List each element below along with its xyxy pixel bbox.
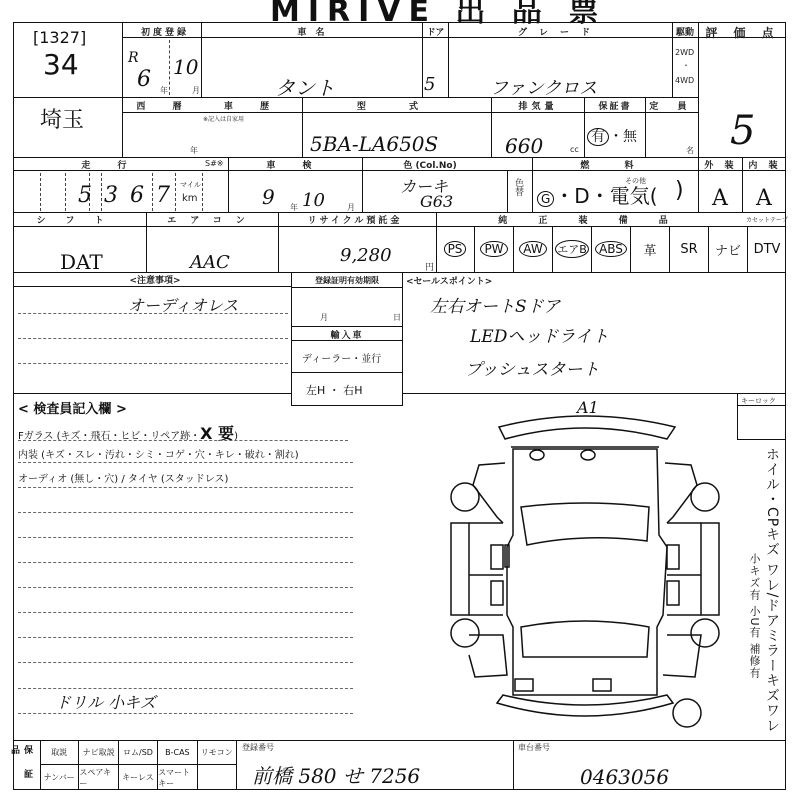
label-recycle: リサイクル預託金 — [280, 213, 430, 226]
interior-grade: A — [756, 186, 772, 211]
km-unit: km — [182, 193, 198, 204]
sales-line-3: プッシュスタート — [465, 355, 599, 380]
legend-col-2: 小キズ有 小U有 補修有 — [746, 553, 762, 679]
year-unit: 年 — [160, 85, 168, 96]
inspection-month: 10 — [302, 190, 325, 211]
label-color: 色 (Col.No) — [365, 158, 495, 171]
label-equipment: 純 正 装 備 品 — [440, 213, 740, 226]
label-score: 評 価 点 — [700, 24, 785, 41]
location: 埼玉 — [40, 103, 84, 134]
color-change-label: 色替 — [512, 178, 525, 196]
acc-manual[interactable]: 取説 — [40, 740, 79, 765]
equip-ps[interactable]: PS — [436, 226, 475, 272]
label-aircon: エアコン — [148, 213, 278, 226]
acc-bcas[interactable]: B-CAS — [158, 740, 197, 765]
label-reg-expiry: 登録証明有効期限 — [292, 275, 402, 286]
fuel-options: ・D・電気( — [554, 184, 657, 208]
label-drive: 駆動 — [673, 25, 697, 38]
label-chassis-number: 車台番号 — [518, 742, 550, 753]
dealer-parallel[interactable]: ディーラー・並行 — [302, 350, 381, 365]
month-unit: 月 — [192, 85, 200, 96]
label-mileage: 走 行 — [20, 158, 200, 171]
label-reg-number: 登録番号 — [242, 742, 274, 753]
drive-4wd: 4WD — [675, 76, 694, 85]
inspector-note: ドリル 小キズ — [55, 690, 156, 713]
fuel-close: ) — [675, 178, 684, 203]
recycle-value: 9,280 — [340, 245, 392, 266]
warranty-yes: 有 — [587, 128, 609, 146]
label-inspection: 車 検 — [230, 158, 360, 171]
equipment-grid: PS PW AW エアB ABS 革 SR ナビ DTV — [436, 226, 786, 272]
shift-value: DAT — [60, 250, 103, 274]
lot-number: 34 — [43, 48, 79, 81]
mileage-value: 5367 — [78, 183, 182, 208]
label-notes: <注意事項> — [20, 273, 290, 286]
doors-value: 5 — [424, 74, 435, 95]
acc-navi-manual[interactable]: ナビ取説 — [79, 740, 118, 765]
drive-2wd: 2WD — [675, 48, 694, 57]
fuel-gasoline: G — [537, 191, 554, 207]
drive-dot: ・ — [682, 60, 690, 71]
person-unit: 名 — [686, 145, 694, 156]
handle-side[interactable]: 左H ・ 右H — [306, 382, 363, 398]
label-interior: 内 装 — [744, 158, 786, 171]
inspection-year: 9 — [262, 185, 275, 209]
notes-line-1: オーディオレス — [128, 293, 238, 316]
chassis-number-value: 0463056 — [580, 765, 669, 789]
equip-pw[interactable]: PW — [475, 226, 514, 272]
car-damage-diagram[interactable] — [440, 395, 730, 735]
acc-smart-key[interactable]: スマートキー — [158, 765, 197, 790]
acc-remote[interactable]: リモコン — [198, 740, 237, 765]
label-shift: シフト — [15, 213, 145, 226]
label-capacity: 定 員 — [646, 99, 698, 112]
label-warranty: 保証書 — [585, 99, 645, 112]
reg-expiry-month: 月 — [320, 312, 328, 323]
equip-abs[interactable]: ABS — [592, 226, 631, 272]
reg-expiry-day: 日 — [393, 312, 401, 323]
first-reg-year: 6 — [137, 67, 151, 92]
warranty-sep: ・ — [609, 129, 623, 145]
first-reg-era: R — [128, 50, 139, 66]
odometer-flag: S#※ — [205, 159, 223, 168]
accessories-grid: 取説 ナビ取説 ロム/SD B-CAS リモコン ナンバー スペアキー キーレス… — [40, 740, 237, 790]
label-doors: ドア — [423, 25, 448, 38]
sales-line-1: 左右オートSドア — [430, 292, 560, 317]
label-sales-points: <セールスポイント> — [406, 274, 492, 287]
model-value: 5BA-LA650S — [310, 132, 438, 156]
exterior-grade: A — [712, 186, 728, 211]
label-grade: グレード — [450, 25, 670, 38]
acc-number-plate[interactable]: ナンバー — [40, 765, 79, 790]
first-reg-month: 10 — [173, 55, 198, 79]
label-first-reg: 初度登録 — [130, 25, 200, 38]
legend-col-1: ホイル・CPキズ ワレ/ドアミラーキズワレ — [762, 447, 782, 733]
label-western: 西 暦 — [130, 99, 200, 112]
audio-tire-line: オーディオ (無し・穴) / タイヤ (スタッドレス) — [18, 470, 228, 485]
lot-ref: [1327] — [33, 28, 86, 47]
warranty-no: 無 — [623, 129, 637, 145]
acc-empty — [198, 765, 237, 790]
label-history: 車 歴 — [205, 99, 300, 112]
acc-rom-sd[interactable]: ロム/SD — [119, 740, 158, 765]
score-value: 5 — [730, 108, 755, 154]
cc-unit: cc — [570, 145, 579, 154]
western-year-unit: 年 — [190, 145, 198, 156]
label-car-name: 車 名 — [205, 25, 420, 38]
color-code: G63 — [420, 192, 453, 211]
label-model: 型 式 — [305, 99, 490, 112]
label-exterior: 外 装 — [700, 158, 742, 171]
label-accessories: 保 証 品 — [18, 745, 34, 800]
equip-airbag[interactable]: エアB — [553, 226, 592, 272]
aircon-value: AAC — [190, 252, 230, 273]
acc-spare-key[interactable]: スペアキー — [79, 765, 118, 790]
equip-navi[interactable]: ナビ — [709, 226, 748, 272]
reg-number-value: 前橋 580 せ 7256 — [252, 760, 420, 789]
label-fuel: 燃 料 — [535, 158, 695, 171]
equip-dtv[interactable]: DTV — [748, 226, 786, 272]
mile-unit: マイル — [180, 180, 201, 190]
fuel-other: その他 — [625, 176, 646, 186]
equip-sunroof[interactable]: SR — [670, 226, 709, 272]
interior-check-line: 内装 (キズ・スレ・汚れ・シミ・コゲ・穴・キレ・破れ・割れ) — [18, 446, 299, 461]
sales-line-2: LEDヘッドライト — [470, 322, 609, 347]
history-note: ※記入は自家用 — [203, 114, 244, 123]
displacement-value: 660 — [505, 134, 543, 158]
acc-keyless[interactable]: キーレス — [119, 765, 158, 790]
label-cassette: カセットテープ — [746, 215, 788, 224]
warranty-field[interactable]: 有・無 — [587, 126, 637, 146]
equip-aw[interactable]: AW — [514, 226, 553, 272]
label-inspector: < 検査員記入欄 > — [18, 398, 127, 417]
equip-leather[interactable]: 革 — [631, 226, 670, 272]
label-displacement: 排気量 — [492, 99, 584, 112]
